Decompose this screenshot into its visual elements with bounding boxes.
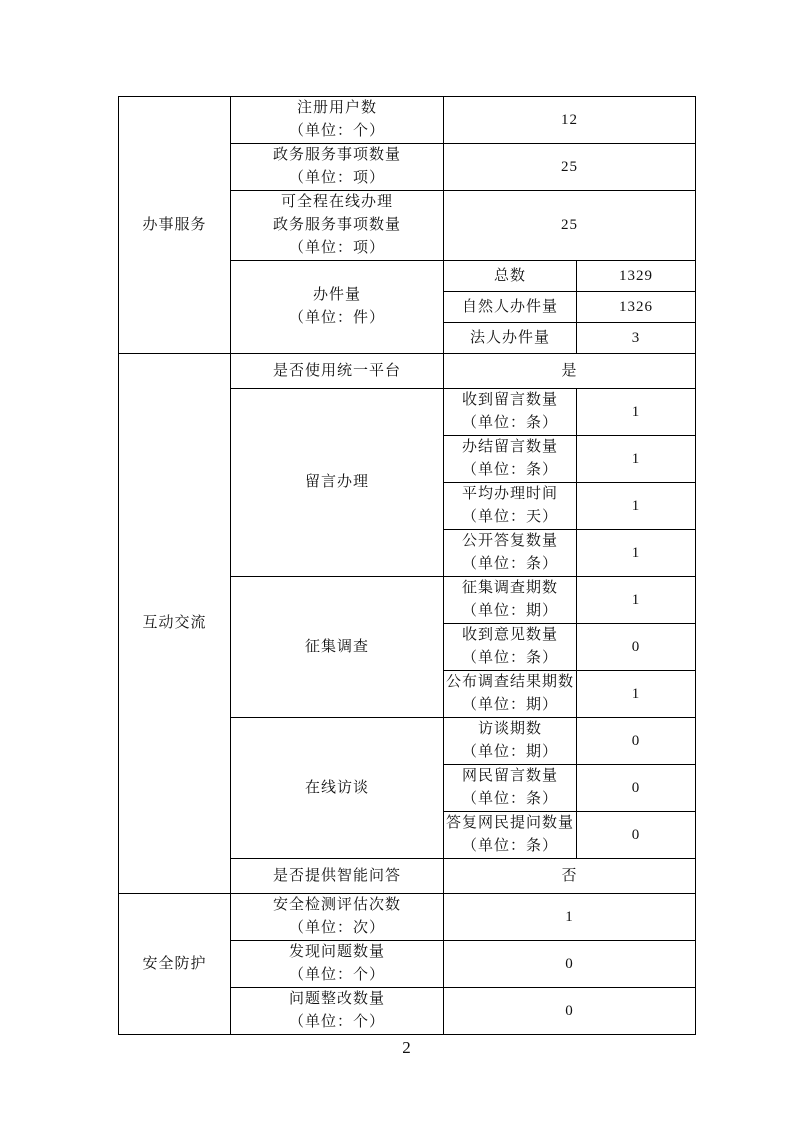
- value-messages-resolved: 1: [577, 436, 696, 483]
- report-table: 办事服务 注册用户数 （单位：个） 12 政务服务事项数量 （单位：项） 25 …: [118, 96, 696, 1035]
- value-interview-periods: 0: [577, 718, 696, 765]
- value-netizen-messages: 0: [577, 765, 696, 812]
- subitem-label-messages-received: 收到留言数量 （单位：条）: [444, 389, 577, 436]
- report-page: 办事服务 注册用户数 （单位：个） 12 政务服务事项数量 （单位：项） 25 …: [0, 0, 793, 1122]
- subitem-label-messages-resolved: 办结留言数量 （单位：条）: [444, 436, 577, 483]
- subitem-label-total: 总数: [444, 261, 577, 292]
- value-public-replies: 1: [577, 530, 696, 577]
- page-number: 2: [118, 1038, 695, 1058]
- value-registered-users: 12: [444, 97, 696, 144]
- section-label-hudong: 互动交流: [119, 354, 231, 894]
- table-row: 安全防护 安全检测评估次数 （单位：次） 1: [119, 894, 696, 941]
- item-label-case-volume: 办件量 （单位：件）: [231, 261, 444, 354]
- section-label-anquan: 安全防护: [119, 894, 231, 1035]
- table-row: 办事服务 注册用户数 （单位：个） 12: [119, 97, 696, 144]
- item-label-problems-rectified: 问题整改数量 （单位：个）: [231, 988, 444, 1035]
- value-results-published: 1: [577, 671, 696, 718]
- value-opinions-received: 0: [577, 624, 696, 671]
- subitem-label-opinions-received: 收到意见数量 （单位：条）: [444, 624, 577, 671]
- item-label-online-interview: 在线访谈: [231, 718, 444, 859]
- value-smart-qa: 否: [444, 859, 696, 894]
- value-online-service-items: 25: [444, 191, 696, 261]
- value-service-items: 25: [444, 144, 696, 191]
- subitem-label-public-replies: 公开答复数量 （单位：条）: [444, 530, 577, 577]
- value-average-handling-time: 1: [577, 483, 696, 530]
- value-security-assessments: 1: [444, 894, 696, 941]
- value-messages-received: 1: [577, 389, 696, 436]
- value-problems-rectified: 0: [444, 988, 696, 1035]
- value-problems-found: 0: [444, 941, 696, 988]
- item-label-solicitation-survey: 征集调查: [231, 577, 444, 718]
- subitem-label-legal-person: 法人办件量: [444, 323, 577, 354]
- value-total: 1329: [577, 261, 696, 292]
- table-row: 互动交流 是否使用统一平台 是: [119, 354, 696, 389]
- value-unified-platform: 是: [444, 354, 696, 389]
- subitem-label-netizen-messages: 网民留言数量 （单位：条）: [444, 765, 577, 812]
- item-label-problems-found: 发现问题数量 （单位：个）: [231, 941, 444, 988]
- item-label-smart-qa: 是否提供智能问答: [231, 859, 444, 894]
- subitem-label-average-handling-time: 平均办理时间 （单位：天）: [444, 483, 577, 530]
- item-label-security-assessments: 安全检测评估次数 （单位：次）: [231, 894, 444, 941]
- item-label-message-handling: 留言办理: [231, 389, 444, 577]
- item-label-service-items: 政务服务事项数量 （单位：项）: [231, 144, 444, 191]
- subitem-label-results-published: 公布调查结果期数 （单位：期）: [444, 671, 577, 718]
- subitem-label-natural-person: 自然人办件量: [444, 292, 577, 323]
- value-netizen-replies: 0: [577, 812, 696, 859]
- value-survey-periods: 1: [577, 577, 696, 624]
- value-legal-person: 3: [577, 323, 696, 354]
- item-label-online-service-items: 可全程在线办理 政务服务事项数量 （单位：项）: [231, 191, 444, 261]
- subitem-label-survey-periods: 征集调查期数 （单位：期）: [444, 577, 577, 624]
- value-natural-person: 1326: [577, 292, 696, 323]
- item-label-unified-platform: 是否使用统一平台: [231, 354, 444, 389]
- subitem-label-netizen-replies: 答复网民提问数量 （单位：条）: [444, 812, 577, 859]
- section-label-banshi: 办事服务: [119, 97, 231, 354]
- subitem-label-interview-periods: 访谈期数 （单位：期）: [444, 718, 577, 765]
- item-label-registered-users: 注册用户数 （单位：个）: [231, 97, 444, 144]
